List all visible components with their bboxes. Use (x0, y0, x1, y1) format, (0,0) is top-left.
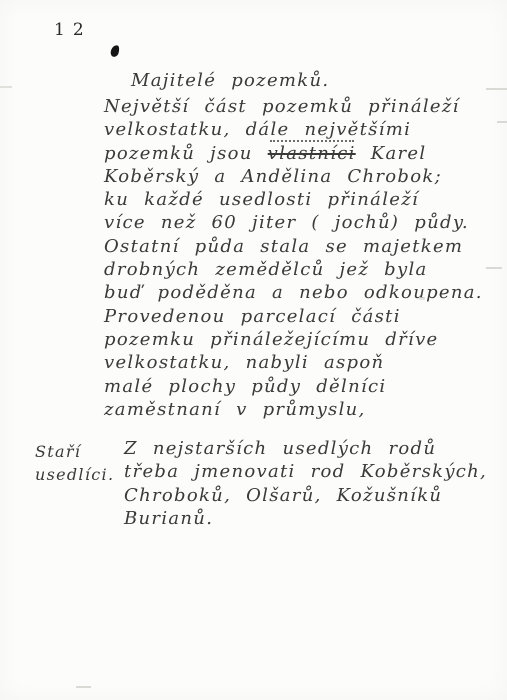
scan-artifact (486, 88, 507, 90)
manuscript-line: třeba jmenovati rod Koběrských, (124, 460, 487, 483)
manuscript-line: ku každé usedlosti přináleží (104, 188, 483, 211)
section-heading: Majitelé pozemků. (131, 70, 329, 91)
manuscript-line: velkostatku, dále největšími (104, 118, 483, 141)
ink-blot (110, 44, 121, 58)
manuscript-line: Ostatní půda stala se majetkem (104, 235, 483, 258)
page-number: 12 (54, 20, 92, 40)
manuscript-line: Z nejstarších usedlých rodů (124, 437, 487, 460)
manuscript-line: pozemku přináležejícímu dříve (104, 328, 483, 351)
manuscript-line: zaměstnaní v průmyslu, (104, 398, 483, 421)
manuscript-line: Koběrský a Andělina Chrobok; (104, 165, 483, 188)
manuscript-page: 12 Majitelé pozemků. Největší část pozem… (0, 0, 507, 700)
manuscript-line: buď poděděna a nebo odkoupena. (104, 281, 483, 304)
paragraph-old-families: Z nejstarších usedlých rodů třeba jmenov… (124, 437, 487, 530)
paragraph-main: Největší část pozemků přináleží velkosta… (104, 95, 483, 421)
line-text-before: pozemků jsou (104, 143, 253, 164)
manuscript-line: Největší část pozemků přináleží (104, 95, 483, 118)
margin-note-line: usedlíci. (35, 463, 114, 486)
struck-word: vlastníci (268, 143, 356, 164)
scan-artifact (497, 121, 507, 123)
manuscript-line: Chroboků, Olšarů, Kožušníků (124, 484, 487, 507)
scan-artifact (486, 267, 502, 269)
margin-note: Staří usedlíci. (35, 440, 114, 487)
scan-artifact (0, 86, 12, 88)
line-text-after: Karel (371, 143, 427, 164)
manuscript-line: velkostatku, nabyli aspoň (104, 351, 483, 374)
manuscript-line: Burianů. (124, 507, 487, 530)
manuscript-line: Provedenou parcelací části (104, 305, 483, 328)
scan-artifact (419, 297, 425, 300)
margin-note-line: Staří (35, 440, 114, 463)
scan-artifact (76, 686, 91, 688)
manuscript-line-with-deletion: pozemků jsou vlastníci Karel (104, 142, 483, 165)
manuscript-line: drobných zemědělců jež byla (104, 258, 483, 281)
manuscript-line: více než 60 jiter ( jochů) půdy. (104, 211, 483, 234)
manuscript-line: malé plochy půdy dělníci (104, 375, 483, 398)
